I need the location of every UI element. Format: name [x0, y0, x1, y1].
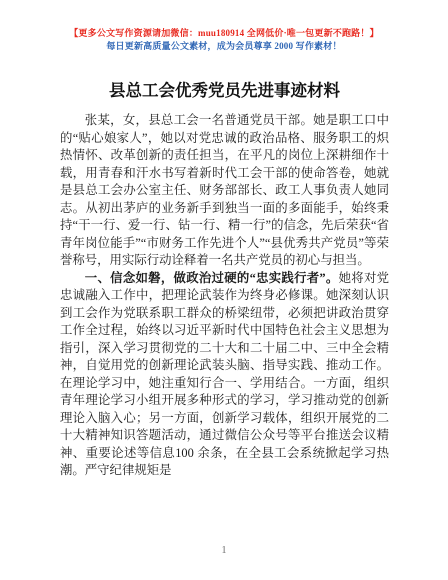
paragraph-section-one-text: 她将对党忠诚融入工作中，把理论武装作为终身必修课。她深刻认识到工会作为党联系职工… [60, 271, 389, 478]
page-title: 县总工会优秀党员先进事迹材料 [60, 81, 389, 101]
document-page: 【更多公文写作资源请加微信：muu180914 全网低价·唯一包更新不跑路！】 … [0, 0, 448, 580]
paragraph-intro-text: 张某，女，县总工会一名普通党员干部。她是职工口中的“贴心娘家人”，她以对党忠诚的… [60, 113, 389, 267]
paragraph-section-one-heading: 一、信念如磐，做政治过硬的“忠实践行者”。 [85, 271, 339, 285]
paragraph-section-one: 一、信念如磐，做政治过硬的“忠实践行者”。她将对党忠诚融入工作中，把理论武装作为… [60, 270, 389, 480]
promo-header: 【更多公文写作资源请加微信：muu180914 全网低价·唯一包更新不跑路！】 … [0, 0, 448, 53]
paragraph-intro: 张某，女，县总工会一名普通党员干部。她是职工口中的“贴心娘家人”，她以对党忠诚的… [60, 112, 389, 270]
page-number: 1 [0, 545, 448, 556]
promo-line-blue: 每日更新高质量公文素材，成为会员尊享 2000 写作素材！ [0, 40, 448, 53]
promo-line-red: 【更多公文写作资源请加微信：muu180914 全网低价·唯一包更新不跑路！】 [0, 27, 448, 40]
document-body: 张某，女，县总工会一名普通党员干部。她是职工口中的“贴心娘家人”，她以对党忠诚的… [60, 112, 389, 480]
